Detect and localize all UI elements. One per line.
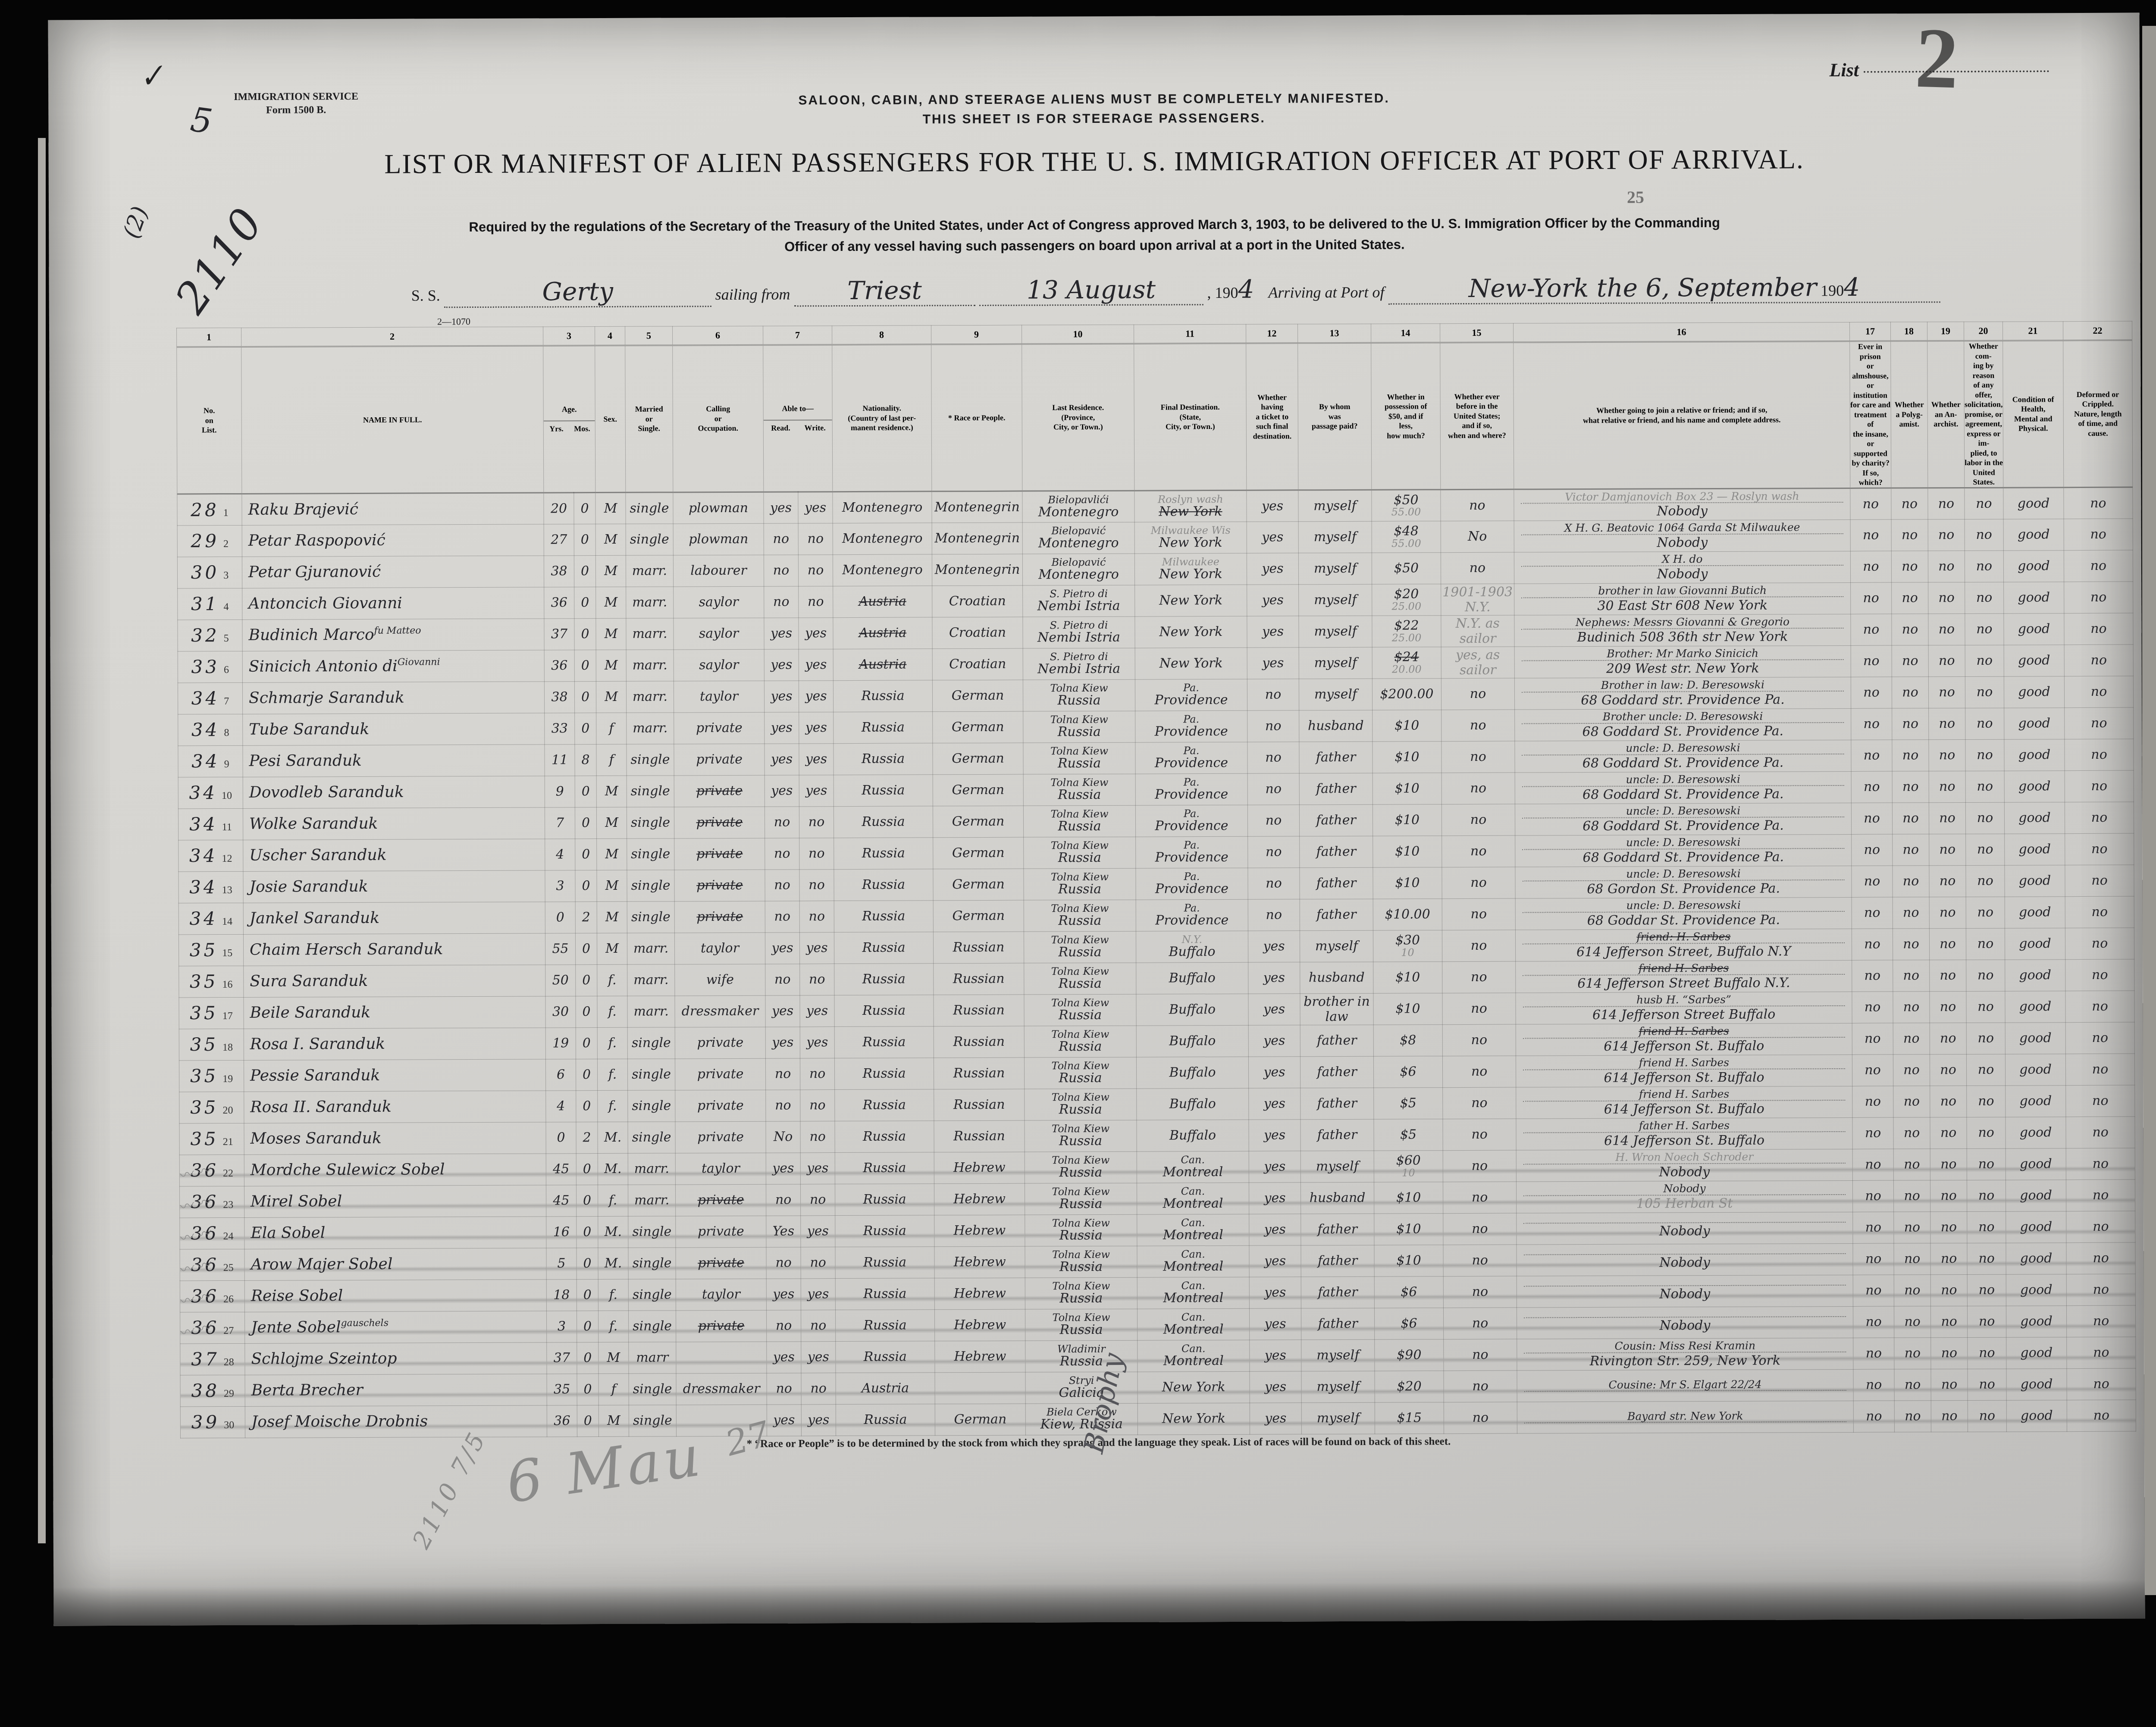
cell-c20: no (1978, 1125, 1994, 1140)
cell-relative-friend: Brother uncle: D. Beresowski68 Goddard S… (1515, 708, 1851, 741)
cell-list-number: 3519 (179, 1060, 244, 1092)
cell-health: good (2004, 770, 2065, 802)
cell-name: Petar Gjuranović (248, 563, 381, 581)
cell-destnote: Can. (1138, 1280, 1249, 1292)
cell-write: no (809, 972, 825, 987)
cell-c18: no (1893, 1117, 1930, 1148)
cell-occ: saylor (674, 618, 764, 650)
cell-ticket: yes (1250, 1402, 1301, 1434)
cell-paid: myself (1313, 498, 1356, 513)
cell-race: German (952, 782, 1004, 798)
cell-c22: no (2066, 1148, 2135, 1180)
cell-read: yes (764, 491, 798, 523)
cell-before: no (1472, 1158, 1488, 1173)
cell-race: German (954, 1412, 1006, 1427)
cell-c22: no (2091, 873, 2108, 888)
cell-read: no (766, 1247, 801, 1278)
cell-c17: no (1853, 1369, 1894, 1401)
cell-write: yes (799, 932, 834, 964)
cell-c22: no (2064, 582, 2133, 613)
cell-money: $2025.00 (1372, 584, 1441, 616)
cell-before-in-us: no (1441, 552, 1514, 584)
cell-rel1 (1523, 1217, 1846, 1224)
cell-nat: Russia (834, 1026, 934, 1058)
cell-write: yes (799, 775, 834, 806)
cell-nat: Russia (862, 1066, 906, 1081)
cell-yrs: 16 (553, 1224, 570, 1239)
cell-c19: no (1941, 1345, 1958, 1361)
cell-mos: 0 (575, 807, 596, 838)
col-header-17: Ever in prison or almshouse, or institut… (1850, 341, 1891, 488)
cell-before-in-us: no (1443, 1308, 1517, 1339)
cell-paid: myself (1314, 624, 1357, 639)
cell-write: no (800, 1184, 835, 1215)
cell-money: $4855.00 (1372, 521, 1441, 553)
cell-mos: 2 (582, 910, 590, 925)
cell-marital: marr (629, 1342, 676, 1373)
cell-relative-friend: uncle: D. Beresowski68 Goddard St. Provi… (1515, 834, 1852, 867)
cell-yrs: 45 (546, 1153, 576, 1185)
cell-mos: 0 (577, 1405, 599, 1436)
col-number-2: 2 (241, 327, 543, 347)
cell-paid: father (1301, 1276, 1374, 1308)
cell-yrs: 19 (545, 1027, 576, 1059)
cell-c18: no (1903, 999, 1920, 1014)
cell-yrs: 37 (554, 1350, 570, 1365)
cell-health: good (2006, 1117, 2066, 1148)
cell-rel2: 614 Jefferson St. Buffalo (1516, 1101, 1852, 1117)
cell-read: yes (765, 743, 799, 775)
cell-c19: no (1940, 873, 1956, 889)
cell-c17: no (1851, 645, 1892, 677)
cell-race: Hebrew (954, 1255, 1006, 1270)
cell-health: good (2004, 582, 2064, 613)
cell-res2: Russia (1025, 1197, 1137, 1211)
cell-write: yes (805, 500, 826, 515)
cell-list: 34 (189, 908, 218, 929)
cell-nat: Russia (834, 743, 933, 775)
cell-res2: Russia (1025, 1229, 1137, 1242)
cell-final-destination: Buffalo (1136, 962, 1248, 994)
cell-before: no (1470, 844, 1487, 859)
col-header-8: Nationality. (Country of last per- manen… (832, 344, 932, 491)
cell-final-destination: Pa.Providence (1135, 742, 1247, 774)
cell-c19: no (1940, 905, 1956, 920)
cell-occ: taylor (674, 932, 765, 964)
cell-before: yes, as sailor (1456, 647, 1500, 677)
cell-mos: 0 (582, 815, 590, 830)
cell-marital: single (628, 1310, 676, 1342)
cell-c22: no (2093, 1282, 2109, 1297)
cell-ticket: no (1265, 719, 1282, 734)
cell-c19: no (1930, 991, 1966, 1023)
cell-res1: S. Pietro di (1023, 588, 1134, 600)
cell-read: yes (771, 688, 792, 704)
cell-relative-friend: Nobody105 Herban St (1516, 1180, 1852, 1213)
cell-race: German (933, 743, 1023, 775)
cell-res1: Tolna Kiew (1023, 746, 1135, 757)
cell-mos: 0 (577, 1311, 598, 1342)
cell-race: Hebrew (934, 1309, 1025, 1341)
cell-c18: no (1893, 834, 1929, 865)
cell-paid: myself (1301, 1371, 1375, 1403)
cell-marital: marr. (632, 563, 667, 578)
cell-occ: private (698, 1192, 744, 1208)
cell-mos: 0 (582, 784, 590, 799)
cell-ticket: yes (1262, 655, 1284, 670)
cell-nat: Russia (864, 1412, 907, 1427)
col-header-label-22: Deformed or Crippled. Nature, length of … (2064, 389, 2132, 438)
cell-name: Sura Saranduk (250, 972, 368, 990)
cell-paid: myself (1315, 939, 1358, 954)
cell-money: $10 (1373, 719, 1441, 732)
cell-relative-friend: H. Wron Noech SchroderNobody (1516, 1149, 1852, 1182)
cell-mos: 0 (581, 595, 589, 610)
cell-c18: no (1902, 685, 1918, 700)
cell-rel1: H. Wron Noech Schroder (1523, 1151, 1846, 1164)
cell-dest: New York (1138, 1380, 1250, 1394)
col-header-label-10: Last Residence. (Province, City, or Town… (1022, 403, 1134, 432)
cell-last-residence: Tolna KiewRussia (1025, 1246, 1137, 1278)
cell-dest: Montreal (1138, 1260, 1249, 1273)
cell-paid: myself (1300, 930, 1373, 962)
cell-mos: 0 (581, 721, 589, 736)
cell-write: yes (806, 1035, 828, 1050)
col-header-20: Whether com- ing by reason of any offer,… (1964, 341, 2003, 488)
cell-read: yes (766, 1278, 801, 1310)
cell-res1: Tolna Kiew (1025, 1061, 1136, 1072)
cell-list-number: 3414 (179, 903, 243, 935)
col-header-11: Final Destination. (State, City, or Town… (1134, 343, 1247, 490)
cell-health: good (2019, 904, 2051, 920)
cell-res2: Russia (1025, 1260, 1137, 1274)
cell-money: $10.00 (1373, 907, 1442, 921)
cell-relative-friend: X H. doNobody (1514, 551, 1850, 584)
cell-c20: no (1965, 708, 2004, 739)
cell-c17: no (1865, 1283, 1882, 1298)
cell-nat: Austria (833, 617, 932, 649)
cell-no: 4 (223, 601, 229, 613)
cell-res1: Tolna Kiew (1025, 1092, 1136, 1103)
col-header-label-13: By whom was passage paid? (1298, 402, 1371, 431)
cell-mos: 0 (574, 555, 595, 587)
cell-last-residence: S. Pietro diNembi Istria (1023, 648, 1135, 680)
cell-money: $2420.00 (1372, 647, 1441, 679)
col-header-22: Deformed or Crippled. Nature, length of … (2063, 340, 2133, 487)
cell-res2: Russia (1024, 851, 1135, 865)
cell-c20: no (1966, 960, 2005, 991)
cell-c18: no (1892, 708, 1929, 739)
cell-read: no (767, 1373, 801, 1404)
cell-occ: private (696, 878, 743, 893)
cell-c20: no (1976, 622, 1993, 637)
cell-list-number: 3728 (180, 1343, 245, 1375)
cell-c22: no (2091, 810, 2108, 825)
cell-occ: saylor (674, 649, 764, 681)
cell-health: good (2004, 613, 2064, 644)
cell-list-number: 3516 (179, 966, 244, 998)
cell-paid: father (1299, 741, 1373, 773)
cell-destnote: Milwaukee (1135, 557, 1247, 568)
cell-sex: f. (609, 1193, 617, 1208)
cell-last-residence: Tolna KiewRussia (1025, 1214, 1137, 1246)
cell-read: Yes (773, 1223, 794, 1239)
cell-occ: private (698, 1318, 745, 1333)
cell-write: yes (807, 1161, 828, 1176)
cell-final-destination: Can.Montreal (1137, 1308, 1249, 1340)
cell-c17: no (1853, 1243, 1894, 1275)
cell-mos: 0 (583, 1098, 591, 1114)
cell-nat: Russia (834, 932, 933, 964)
cell-before-in-us: no (1442, 961, 1516, 993)
cell-c22: no (2065, 739, 2134, 771)
cell-c19: no (1940, 1031, 1956, 1046)
cell-race: Russian (953, 1129, 1005, 1144)
cell-marital: single (628, 1279, 676, 1310)
cell-name: Jente Sobel (251, 1318, 341, 1336)
cell-name: Dovodleb Saranduk (249, 783, 404, 801)
cell-sex: f (611, 1382, 616, 1397)
cell-ticket: yes (1247, 616, 1299, 647)
cell-race: Russian (953, 1003, 1005, 1018)
cell-paid: myself (1314, 592, 1357, 607)
cell-name: Josef Moische Drobnis (245, 1405, 547, 1437)
cell-nat: Russia (834, 869, 933, 901)
cell-name: Beile Saranduk (244, 996, 545, 1028)
cell-money: $10 (1373, 845, 1442, 858)
cell-c17: no (1863, 654, 1880, 669)
cell-c17: no (1865, 1189, 1881, 1204)
cell-yrs: 38 (544, 555, 574, 587)
cell-c19: no (1931, 1337, 1968, 1369)
cell-sex: f. (598, 1090, 628, 1122)
cell-c17: no (1865, 1126, 1881, 1141)
cell-c22: no (2066, 1242, 2135, 1274)
cell-yrs: 55 (545, 933, 575, 964)
cell-ticket: no (1266, 907, 1282, 923)
cell-health: good (2004, 802, 2065, 833)
cell-mos: 0 (576, 964, 597, 996)
ss-label: S. S. (411, 287, 440, 304)
cell-c19: no (1931, 1369, 1968, 1400)
cell-write: no (799, 806, 834, 838)
cell-c19: no (1940, 936, 1956, 951)
cell-final-destination: Buffalo (1137, 1120, 1249, 1151)
cell-res2: Russia (1025, 1323, 1137, 1337)
cell-money: $6 (1374, 1308, 1443, 1339)
cell-c19: no (1940, 1125, 1957, 1140)
cell-race: Russian (953, 971, 1005, 986)
cell-res2: Russia (1025, 1071, 1136, 1085)
cell-yrs: 36 (544, 587, 574, 618)
cell-read: no (774, 877, 790, 892)
cell-paid: myself (1298, 553, 1372, 585)
cell-mos: 0 (583, 1067, 591, 1082)
col-header-5: Married or Single. (625, 345, 673, 492)
cell-c19: no (1938, 496, 1955, 511)
cell-ticket: no (1266, 845, 1282, 860)
cell-res1: S. Pietro di (1023, 620, 1134, 631)
col-number-10: 10 (1022, 325, 1134, 344)
cell-money: $20 (1375, 1370, 1444, 1402)
cell-c19: no (1940, 1157, 1957, 1172)
cell-money: $5 (1374, 1087, 1443, 1119)
cell-name: Mordche Sulewicz Sobel (251, 1161, 445, 1179)
cell-ticket: yes (1262, 624, 1284, 639)
cell-c22: no (2090, 621, 2107, 636)
cell-read: yes (765, 1026, 800, 1058)
cell-race: German (952, 751, 1004, 766)
cell-c22: no (2093, 1345, 2109, 1360)
cell-list: 29 (191, 530, 219, 551)
cell-paid: father (1299, 773, 1373, 805)
cell-marital: single (631, 846, 670, 861)
cell-sex: f. (609, 1287, 617, 1302)
cell-race: Croatian (932, 585, 1023, 617)
cell-before-in-us: no (1443, 1245, 1517, 1276)
cell-c19: no (1941, 1283, 1957, 1298)
cell-ticket: no (1248, 867, 1300, 899)
cell-rel1: Brother: Mr Marko Sinicich (1522, 647, 1844, 661)
cell-name: Mordche Sulewicz Sobel (244, 1153, 546, 1186)
cell-c18: no (1892, 582, 1928, 613)
cell-mos: 0 (576, 1059, 597, 1090)
cell-mos: 0 (583, 1224, 591, 1239)
cell-list-number: 3412 (179, 840, 243, 872)
cell-nat: Russia (834, 774, 933, 806)
cell-c20: no (1977, 905, 1994, 920)
cell-write: yes (805, 626, 827, 641)
col-header-label-12: Whether having a ticket to such final de… (1247, 392, 1298, 441)
cell-marital: marr. (626, 555, 673, 586)
cell-money: $10 (1373, 813, 1442, 827)
cell-c22: no (2065, 896, 2134, 928)
cell-c22: no (2065, 770, 2134, 802)
cell-before: no (1472, 1347, 1489, 1362)
cell-marital: single (632, 1035, 671, 1050)
cell-sex: f (609, 752, 614, 767)
cell-c17: no (1852, 992, 1893, 1023)
cell-health: good (2020, 1125, 2052, 1140)
cell-c18: no (1902, 748, 1919, 763)
cell-marital: marr. (628, 1184, 675, 1216)
cell-dest: Providence (1135, 725, 1247, 738)
cell-before: no (1471, 1064, 1488, 1079)
cell-c19: no (1931, 1400, 1968, 1432)
cell-yrs: 37 (547, 1342, 577, 1373)
cell-mos: 0 (580, 501, 589, 516)
cell-name: Uscher Saranduk (249, 846, 386, 864)
cell-final-destination: Pa.Providence (1136, 868, 1248, 900)
cell-nat: Russia (862, 783, 905, 798)
cell-paid: myself (1299, 679, 1372, 710)
cell-c22: no (2090, 495, 2106, 510)
cell-race: Hebrew (935, 1341, 1025, 1373)
cell-health: good (2018, 527, 2050, 542)
cell-sex: f. (597, 964, 627, 996)
cell-marital: marr. (633, 941, 668, 956)
cell-list-number: 303 (177, 557, 242, 588)
cell-write: no (798, 523, 833, 554)
sailing-date: 13 August (1027, 275, 1156, 305)
cell-c19: no (1939, 748, 1955, 763)
cell-c17: no (1852, 1180, 1893, 1212)
cell-write: yes (801, 1404, 836, 1436)
cell-before: no (1472, 1284, 1489, 1299)
cell-occ (676, 1342, 767, 1373)
cell-health: good (2004, 707, 2065, 739)
cell-before: no (1470, 781, 1486, 796)
cell-sex: f. (608, 1098, 617, 1114)
cell-marital: single (632, 1224, 671, 1239)
cell-read: yes (765, 995, 800, 1026)
cell-c19: no (1928, 613, 1965, 645)
cell-nat: Russia (834, 995, 934, 1026)
cell-last-residence: Tolna KiewRussia (1023, 805, 1135, 837)
cell-occ: private (675, 1184, 766, 1216)
col-number-19: 19 (1927, 322, 1964, 341)
cell-marital: single (627, 807, 674, 838)
cell-c18: no (1902, 842, 1919, 857)
cell-read: no (773, 563, 790, 578)
col-subheader-yrs: Yrs. (544, 421, 570, 434)
cell-dest: New York (1138, 1412, 1250, 1426)
cell-race: Montenegrin (934, 531, 1020, 546)
cell-yrs: 18 (546, 1279, 577, 1311)
cell-before-in-us: no (1443, 1182, 1516, 1214)
cell-rel1: brother in law Giovanni Butich (1521, 584, 1843, 598)
cell-rel1 (1524, 1280, 1846, 1287)
col-header-label-20: Whether com- ing by reason of any offer,… (1964, 341, 2003, 487)
cell-dest: Providence (1136, 788, 1247, 801)
cell-occ: private (674, 838, 765, 870)
cell-name: Antoncich Giovanni (242, 587, 544, 619)
cell-ticket: yes (1262, 529, 1283, 544)
cell-yrs: 33 (545, 713, 575, 744)
cell-money: $200.00 (1372, 678, 1441, 710)
cell-health: good (2005, 865, 2065, 896)
cell-rel2: Nobody (1517, 1223, 1852, 1239)
cell-res2: Russia (1025, 1008, 1136, 1022)
cell-race: Croatian (932, 617, 1023, 649)
cell-ticket: yes (1263, 1033, 1285, 1048)
cell-nat: Russia (863, 1318, 906, 1333)
cell-marital: single (627, 870, 674, 901)
col-header-label-4: Sex. (595, 414, 625, 424)
cell-last-residence: Tolna KiewRussia (1024, 837, 1136, 869)
cell-ticket: yes (1248, 1025, 1300, 1056)
cell-health: good (2006, 1337, 2067, 1368)
cell-relative-friend: Nobody (1517, 1243, 1853, 1276)
cell-read: no (765, 1058, 800, 1089)
cell-sex: f. (598, 1311, 628, 1342)
cell-res1: Bielopavić (1023, 557, 1134, 568)
cell-dest: Providence (1136, 882, 1248, 896)
cell-race: Russian (953, 1034, 1005, 1049)
cell-ticket: yes (1265, 1348, 1286, 1363)
cell-mos: 8 (581, 752, 589, 767)
cell-write: no (810, 1192, 826, 1207)
cell-mos: 2 (583, 1130, 591, 1145)
cell-read: yes (773, 1412, 795, 1427)
cell-res2: Russia (1023, 757, 1135, 770)
cell-yrs: 37 (551, 626, 567, 641)
cell-read: no (775, 1066, 791, 1081)
cell-list: 34 (189, 876, 218, 898)
cell-write: yes (806, 940, 827, 955)
cell-health: good (2004, 739, 2065, 770)
cell-c20: no (1977, 873, 1993, 889)
